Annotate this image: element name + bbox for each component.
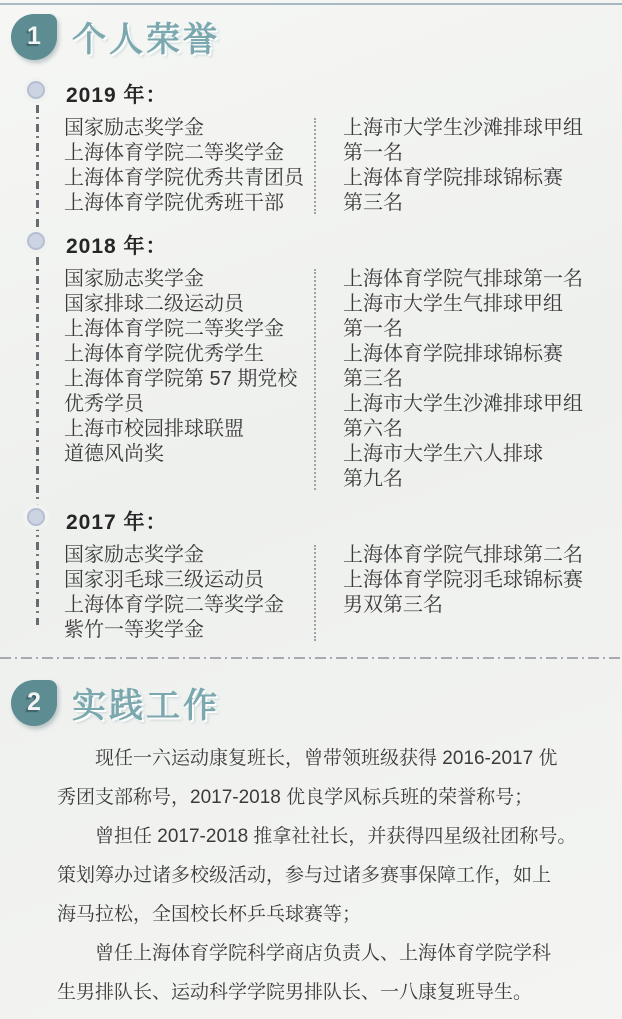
year-label: 2017 年： xyxy=(66,506,622,536)
section-title-honors: 个人荣誉 xyxy=(72,12,220,61)
honor-line: 国家励志奖学金 xyxy=(64,543,314,568)
honor-line: 上海体育学院排球锦标赛 xyxy=(343,342,583,367)
timeline-year-dot xyxy=(27,232,45,250)
year-label: 2019 年： xyxy=(66,79,622,109)
honor-line: 上海体育学院羽毛球锦标赛 xyxy=(343,568,583,593)
honor-line: 第三名 xyxy=(343,191,583,216)
honor-line: 第六名 xyxy=(343,417,583,442)
year-block: 2017 年：国家励志奖学金国家羽毛球三级运动员上海体育学院二等奖学金紫竹一等奖… xyxy=(64,506,622,643)
practice-paragraph-1: 现任一六运动康复班长，曾带领班级获得 2016-2017 优 秀团支部称号，20… xyxy=(57,739,582,817)
honor-line: 国家羽毛球三级运动员 xyxy=(64,568,314,593)
section-number: 1 xyxy=(27,22,41,51)
honor-line: 上海体育学院二等奖学金 xyxy=(64,317,314,342)
honor-line: 男双第三名 xyxy=(343,593,583,618)
honor-line: 上海市大学生气排球甲组 xyxy=(343,292,583,317)
honor-line: 上海市大学生六人排球 xyxy=(343,442,583,467)
timeline-dashed-line xyxy=(36,105,39,625)
honor-line: 第一名 xyxy=(343,317,583,342)
section-number-badge-1: 1 xyxy=(11,14,57,60)
timeline-year-dot xyxy=(27,508,45,526)
honor-line: 上海体育学院排球锦标赛 xyxy=(343,166,583,191)
honor-line: 上海体育学院优秀共青团员 xyxy=(64,166,314,191)
honors-right-column: 上海市大学生沙滩排球甲组第一名上海体育学院排球锦标赛第三名 xyxy=(316,116,583,216)
section-title-practice: 实践工作 xyxy=(72,678,220,727)
honors-right-column: 上海体育学院气排球第一名上海市大学生气排球甲组第一名上海体育学院排球锦标赛第三名… xyxy=(316,267,583,492)
honor-line: 国家励志奖学金 xyxy=(64,267,314,292)
timeline-year-dot xyxy=(27,81,45,99)
honor-line: 第九名 xyxy=(343,467,583,492)
honor-line: 上海市大学生沙滩排球甲组 xyxy=(343,116,583,141)
honor-line: 上海体育学院气排球第一名 xyxy=(343,267,583,292)
honor-line: 优秀学员 xyxy=(64,392,314,417)
section-header-honors: 1 个人荣誉 xyxy=(0,5,622,61)
honors-row: 国家励志奖学金上海体育学院二等奖学金上海体育学院优秀共青团员上海体育学院优秀班干… xyxy=(64,116,622,216)
year-label: 2018 年： xyxy=(66,230,622,260)
resume-page: 1 个人荣誉 2019 年：国家励志奖学金上海体育学院二等奖学金上海体育学院优秀… xyxy=(0,3,622,1019)
honor-line: 国家励志奖学金 xyxy=(64,116,314,141)
section-header-practice: 2 实践工作 xyxy=(0,671,622,727)
honor-line: 国家排球二级运动员 xyxy=(64,292,314,317)
practice-paragraph-3: 曾任上海体育学院科学商店负责人、上海体育学院学科 生男排队长、运动科学学院男排队… xyxy=(57,934,582,1012)
honors-left-column: 国家励志奖学金国家排球二级运动员上海体育学院二等奖学金上海体育学院优秀学生上海体… xyxy=(64,267,314,492)
top-divider-line xyxy=(0,3,622,5)
honor-line: 上海体育学院优秀学生 xyxy=(64,342,314,367)
honor-line: 第一名 xyxy=(343,141,583,166)
honor-line: 上海体育学院二等奖学金 xyxy=(64,141,314,166)
honors-left-column: 国家励志奖学金国家羽毛球三级运动员上海体育学院二等奖学金紫竹一等奖学金 xyxy=(64,543,314,643)
year-block: 2018 年：国家励志奖学金国家排球二级运动员上海体育学院二等奖学金上海体育学院… xyxy=(64,230,622,492)
honor-line: 上海市校园排球联盟 xyxy=(64,417,314,442)
honor-line: 上海体育学院第 57 期党校 xyxy=(64,367,314,392)
section-number-badge-2: 2 xyxy=(11,680,57,726)
year-block: 2019 年：国家励志奖学金上海体育学院二等奖学金上海体育学院优秀共青团员上海体… xyxy=(64,79,622,216)
practice-paragraphs: 现任一六运动康复班长，曾带领班级获得 2016-2017 优 秀团支部称号，20… xyxy=(57,739,582,1012)
honors-timeline: 2019 年：国家励志奖学金上海体育学院二等奖学金上海体育学院优秀共青团员上海体… xyxy=(0,79,622,643)
honors-row: 国家励志奖学金国家排球二级运动员上海体育学院二等奖学金上海体育学院优秀学生上海体… xyxy=(64,267,622,492)
honor-line: 上海体育学院气排球第二名 xyxy=(343,543,583,568)
honor-line: 上海市大学生沙滩排球甲组 xyxy=(343,392,583,417)
honor-line: 第三名 xyxy=(343,367,583,392)
section-number: 2 xyxy=(27,688,41,717)
honor-line: 道德风尚奖 xyxy=(64,442,314,467)
honor-line: 上海体育学院优秀班干部 xyxy=(64,191,314,216)
honors-right-column: 上海体育学院气排球第二名上海体育学院羽毛球锦标赛男双第三名 xyxy=(316,543,583,643)
honor-line: 紫竹一等奖学金 xyxy=(64,618,314,643)
honors-left-column: 国家励志奖学金上海体育学院二等奖学金上海体育学院优秀共青团员上海体育学院优秀班干… xyxy=(64,116,314,216)
practice-paragraph-2: 曾担任 2017-2018 推拿社社长，并获得四星级社团称号。 策划筹办过诸多校… xyxy=(57,817,582,934)
honors-row: 国家励志奖学金国家羽毛球三级运动员上海体育学院二等奖学金紫竹一等奖学金上海体育学… xyxy=(64,543,622,643)
section-divider-dashdot-line xyxy=(0,657,622,659)
honor-line: 上海体育学院二等奖学金 xyxy=(64,593,314,618)
